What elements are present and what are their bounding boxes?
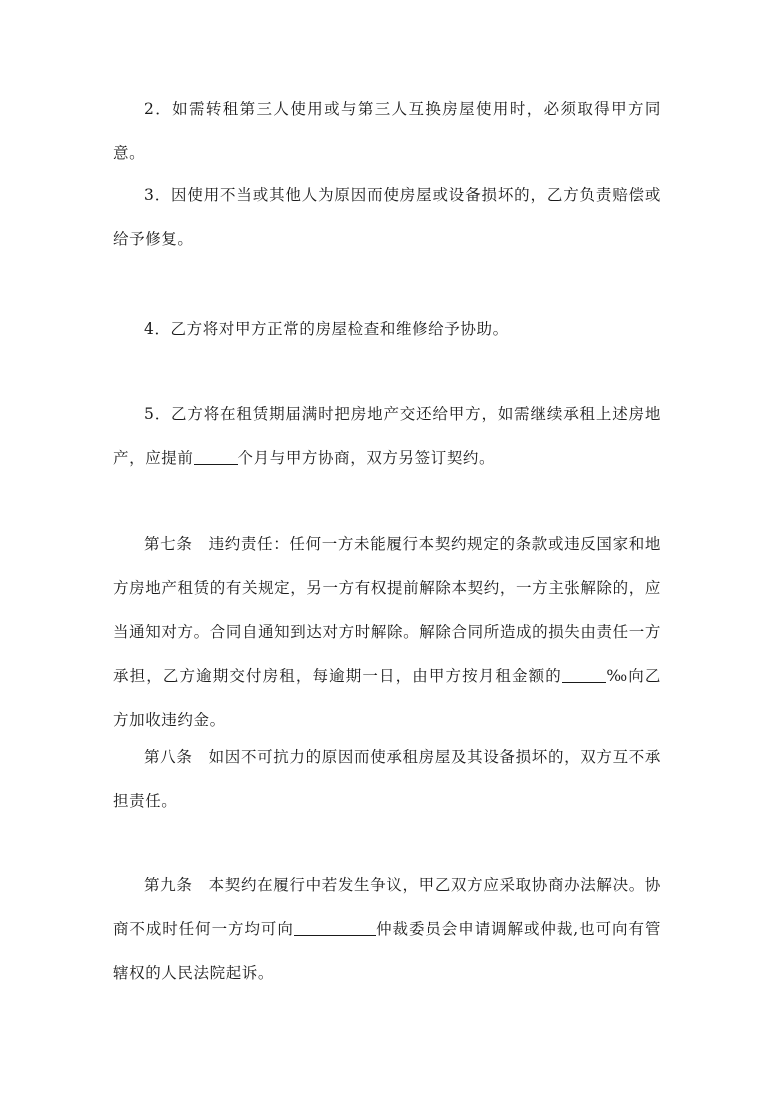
clause-6-item-2-paragraph: 2．如需转租第三人使用或与第三人互换房屋使用时，必须取得甲方同意。 <box>113 87 661 175</box>
arbitration-committee-blank <box>294 920 376 937</box>
clause-6-item-4-paragraph: 4．乙方将对甲方正常的房屋检查和维修给予协助。 <box>113 307 661 351</box>
clause-6-item-3-text: 3．因使用不当或其他人为原因而使房屋或设备损坏的，乙方负责赔偿或给予修复。 <box>113 186 661 248</box>
months-notice-blank <box>194 449 238 466</box>
clause-7-paragraph: 第七条 违约责任：任何一方未能履行本契约规定的条款或违反国家和地方房地产租赁的有… <box>113 522 661 742</box>
clause-6-item-3-paragraph: 3．因使用不当或其他人为原因而使房屋或设备损坏的，乙方负责赔偿或给予修复。 <box>113 173 661 261</box>
clause-6-item-4-text: 4．乙方将对甲方正常的房屋检查和维修给予协助。 <box>144 320 509 338</box>
clause-7-text-before: 第七条 违约责任：任何一方未能履行本契约规定的条款或违反国家和地方房地产租赁的有… <box>113 535 661 685</box>
clause-6-item-2-text: 2．如需转租第三人使用或与第三人互换房屋使用时，必须取得甲方同意。 <box>113 100 661 162</box>
penalty-rate-blank <box>562 667 606 684</box>
clause-6-item-5-text-after: 个月与甲方协商，双方另签订契约。 <box>238 449 496 467</box>
clause-8-paragraph: 第八条 如因不可抗力的原因而使承租房屋及其设备损坏的，双方互不承担责任。 <box>113 735 661 823</box>
clause-9-paragraph: 第九条 本契约在履行中若发生争议，甲乙双方应采取协商办法解决。协商不成时任何一方… <box>113 863 661 995</box>
clause-8-text: 第八条 如因不可抗力的原因而使承租房屋及其设备损坏的，双方互不承担责任。 <box>113 748 661 810</box>
clause-6-item-5-paragraph: 5．乙方将在租赁期届满时把房地产交还给甲方，如需继续承租上述房地产，应提前个月与… <box>113 392 661 480</box>
